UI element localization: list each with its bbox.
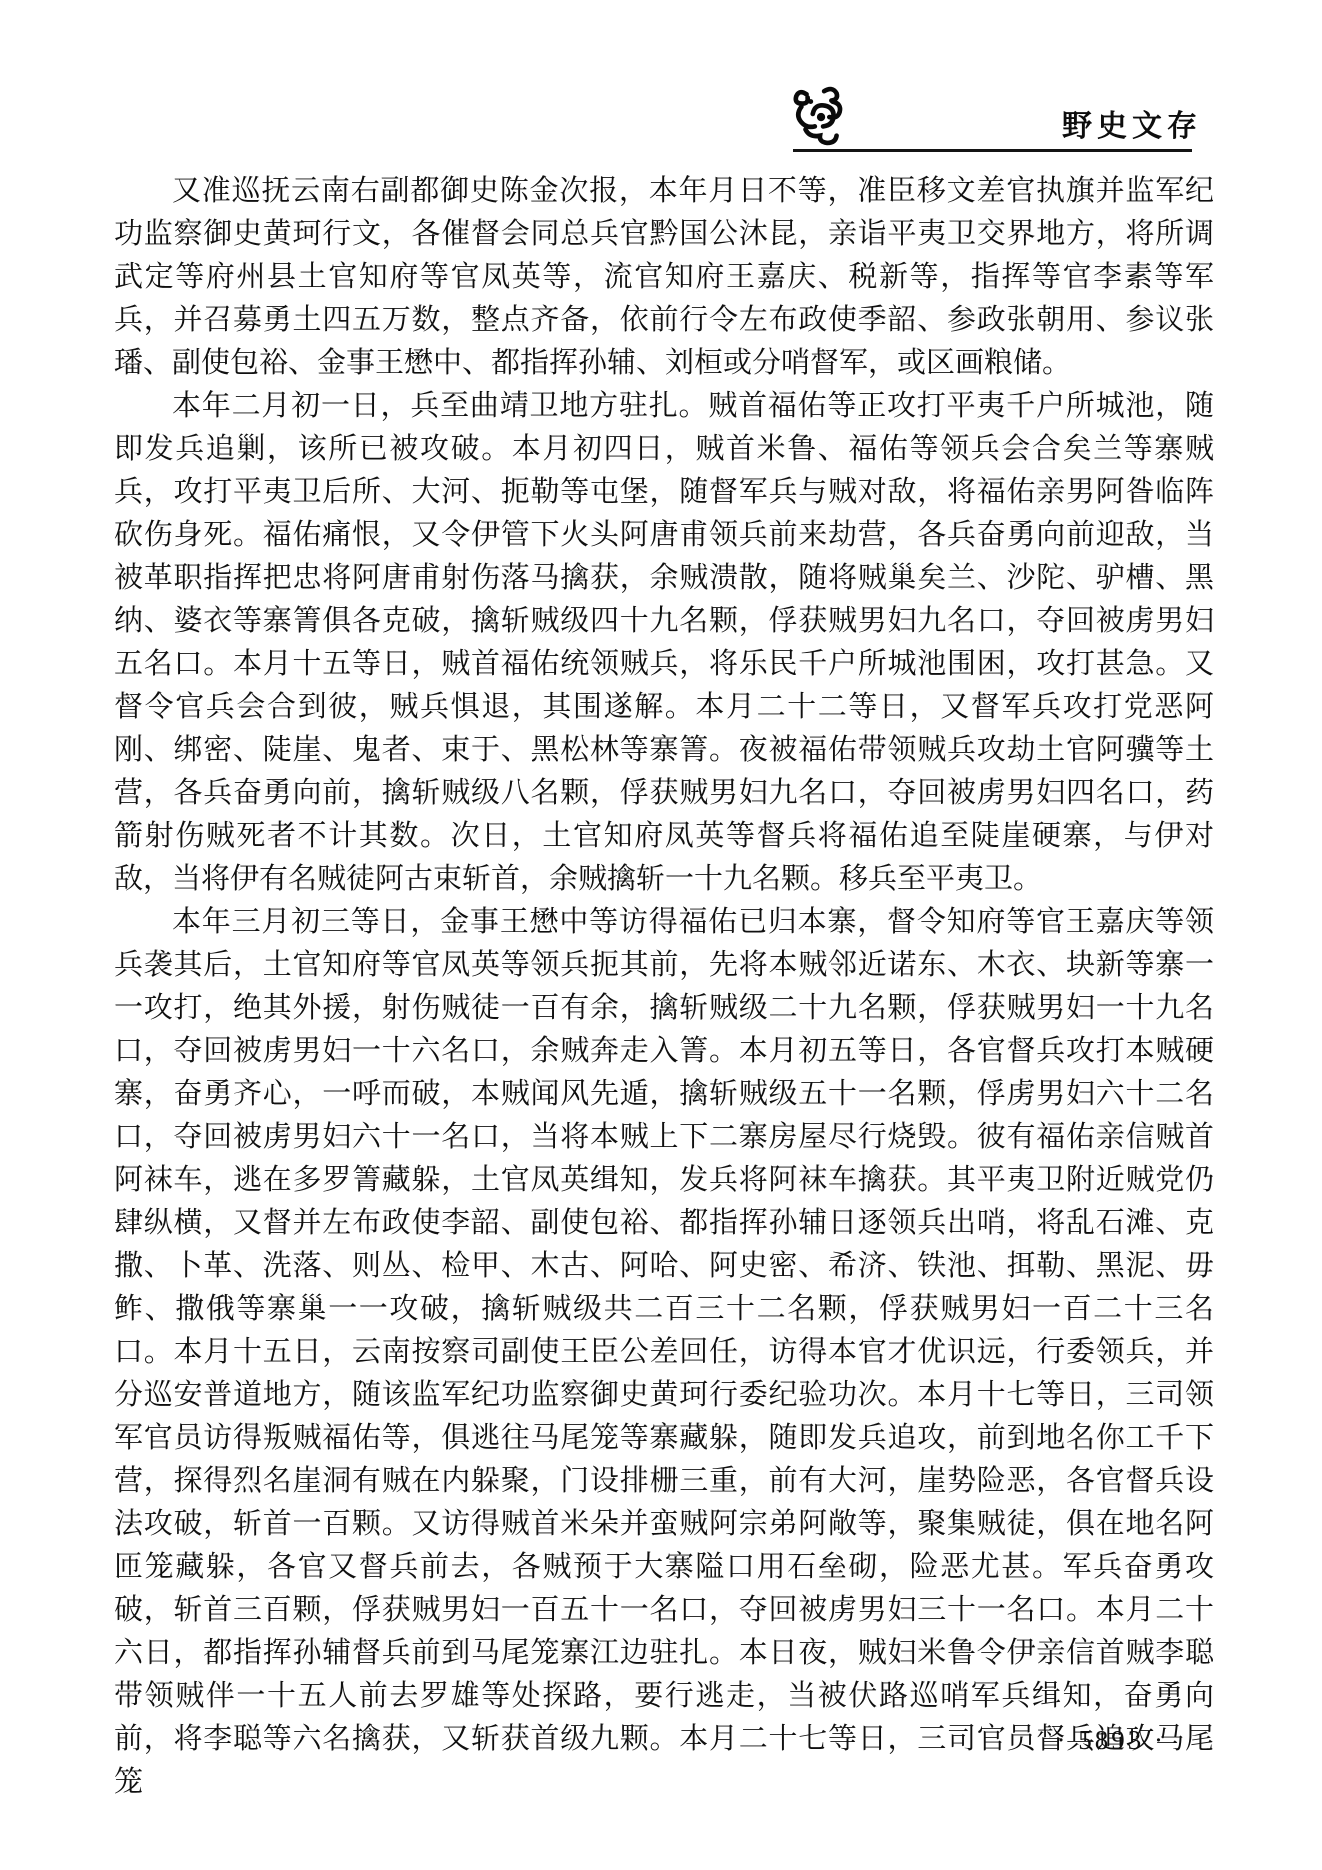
- header-rule: [793, 149, 1192, 152]
- page-number: · 5893 ·: [1057, 1725, 1166, 1756]
- page-header-title: 野史文存: [1062, 101, 1202, 145]
- paragraph-3: 本年三月初三等日，金事王懋中等访得福佑已归本寨，督令知府等官王嘉庆等领兵袭其后，…: [114, 901, 1214, 1804]
- dragon-ornament-icon: [790, 84, 850, 146]
- book-page: 野史文存 又准巡抚云南右副都御史陈金次报，本年月日不等，准臣移文差官执旗并监军纪…: [0, 0, 1322, 1870]
- body-text: 又准巡抚云南右副都御史陈金次报，本年月日不等，准臣移文差官执旗并监军纪功监察御史…: [114, 170, 1214, 1804]
- paragraph-2: 本年二月初一日，兵至曲靖卫地方驻扎。贼首福佑等正攻打平夷千户所城池，随即发兵追剿…: [114, 385, 1214, 901]
- paragraph-1: 又准巡抚云南右副都御史陈金次报，本年月日不等，准臣移文差官执旗并监军纪功监察御史…: [114, 170, 1214, 385]
